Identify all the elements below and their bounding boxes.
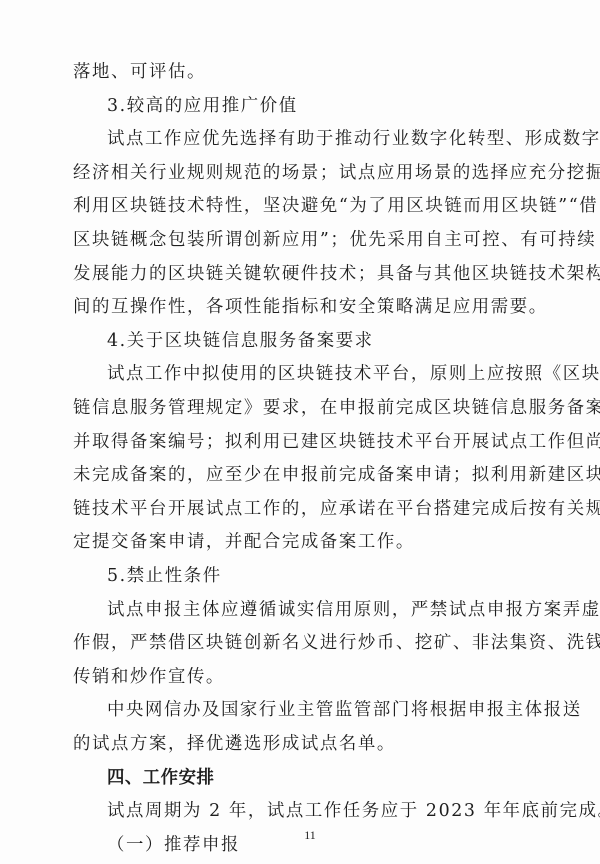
- text-line: 试点工作中拟使用的区块链技术平台，原则上应按照《区块: [107, 363, 548, 385]
- text-line: 并取得备案编号；拟利用已建区块链技术平台开展试点工作但尚: [73, 431, 548, 453]
- text-line: 未完成备案的，应至少在申报前完成备案申请；拟利用新建区块: [73, 464, 548, 486]
- text-line: 试点工作应优先选择有助于推动行业数字化转型、形成数字: [107, 128, 548, 150]
- section-heading: 四、工作安排: [107, 767, 548, 789]
- text-line: 4.关于区块链信息服务备案要求: [107, 330, 548, 352]
- document-page: 11 落地、可评估。3.较高的应用推广价值试点工作应优先选择有助于推动行业数字化…: [0, 0, 600, 864]
- text-line: 传销和炒作宣传。: [73, 666, 548, 688]
- text-line: 3.较高的应用推广价值: [107, 95, 548, 117]
- text-line: 发展能力的区块链关键软硬件技术；具备与其他区块链技术架构: [73, 263, 548, 285]
- text-line: 试点周期为 2 年，试点工作任务应于 2023 年年底前完成。: [107, 800, 548, 822]
- text-line: 链信息服务管理规定》要求，在申报前完成区块链信息服务备案: [73, 397, 548, 419]
- text-line: 中央网信办及国家行业主管监管部门将根据申报主体报送: [107, 699, 548, 721]
- text-line: 5.禁止性条件: [107, 565, 548, 587]
- text-line: 区块链概念包装所谓创新应用”；优先采用自主可控、有可持续: [73, 229, 548, 251]
- text-line: 的试点方案，择优遴选形成试点名单。: [73, 733, 548, 755]
- text-line: 间的互操作性，各项性能指标和安全策略满足应用需要。: [73, 296, 548, 318]
- text-line: 链技术平台开展试点工作的，应承诺在平台搭建完成后按有关规: [73, 498, 548, 520]
- text-line: 落地、可评估。: [73, 61, 548, 83]
- text-line: 经济相关行业规则规范的场景；试点应用场景的选择应充分挖掘: [73, 162, 548, 184]
- text-line: 定提交备案申请，并配合完成备案工作。: [73, 531, 548, 553]
- text-line: 利用区块链技术特性，坚决避免“为了用区块链而用区块链”“借: [73, 195, 548, 217]
- text-line: 试点申报主体应遵循诚实信用原则，严禁试点申报方案弄虚: [107, 599, 548, 621]
- text-line: 作假，严禁借区块链创新名义进行炒币、挖矿、非法集资、洗钱、: [73, 632, 548, 654]
- text-line: （一）推荐申报: [107, 834, 548, 856]
